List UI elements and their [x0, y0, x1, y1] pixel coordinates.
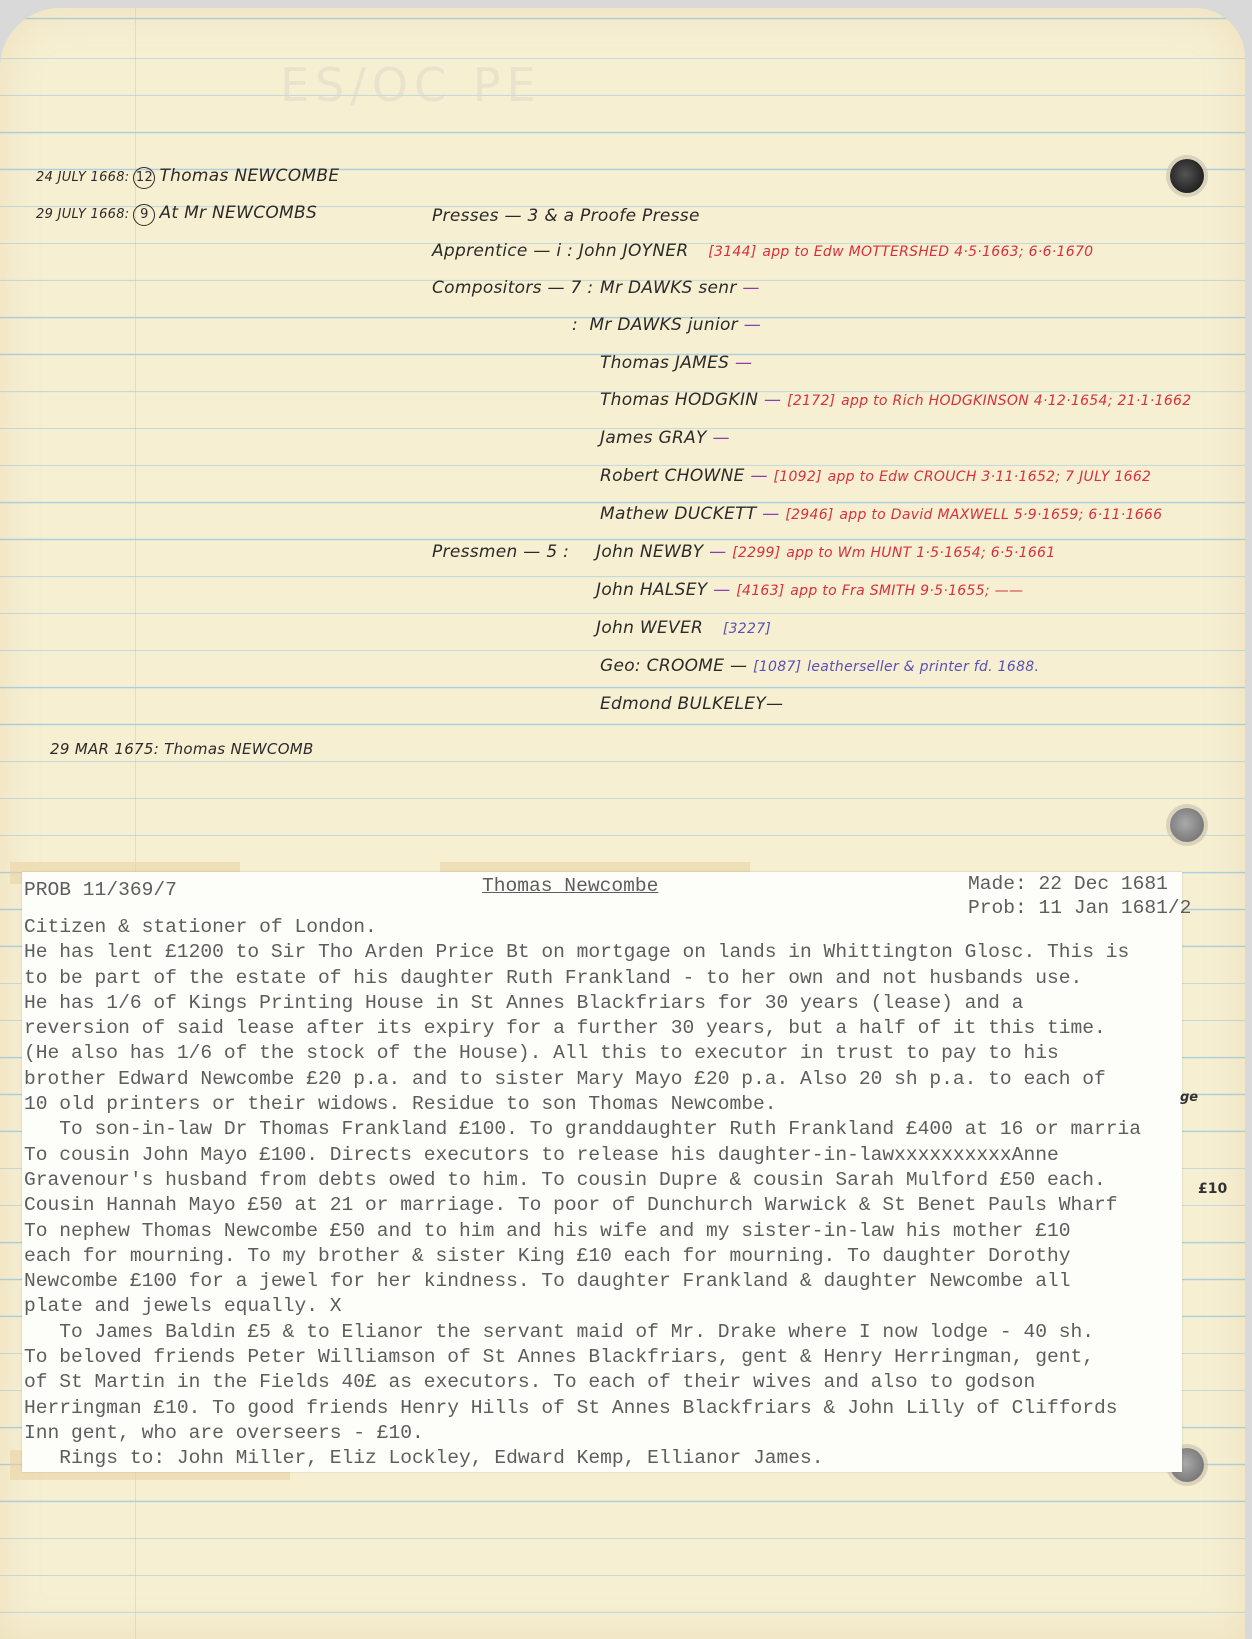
pressman-name: Edmond BULKELEY [600, 694, 766, 714]
binder-hole-middle [1170, 808, 1204, 842]
record-note: leatherseller & printer fd. 1688. [807, 659, 1039, 675]
pressman-name: Geo: CROOME [600, 656, 724, 676]
will-line: Citizen & stationer of London. [24, 915, 1141, 940]
record-ref: [1092] [773, 469, 821, 485]
apprentice-note: app to Edw MOTTERSHED 4·5·1663; 6·6·1670 [762, 244, 1093, 260]
typed-will-abstract: PROB 11/369/7 Thomas Newcombe Made: 22 D… [22, 872, 1182, 1472]
colon: : [572, 315, 578, 335]
apprentice-label: Apprentice — i : [432, 241, 573, 261]
entry-3-date: 29 MAR 1675: [50, 740, 159, 758]
apprentice-ref: [3144] [708, 244, 756, 260]
entry-3-text: Thomas NEWCOMB [164, 740, 313, 758]
presses-line: Presses — 3 & a Proofe Presse [432, 206, 700, 226]
entry-1-date: 24 JULY 1668: [36, 170, 129, 185]
slip-title: Thomas Newcombe [482, 874, 658, 899]
entry-2-date: 29 JULY 1668: [36, 207, 129, 222]
handwritten-amount-note: £10 [1198, 1181, 1227, 1197]
apprentice-line: Apprentice — i : John JOYNER [3144] app … [432, 241, 1093, 261]
will-line: reversion of said lease after its expiry… [24, 1016, 1141, 1041]
prob-reference: PROB 11/369/7 [24, 878, 177, 903]
will-line: Herringman £10. To good friends Henry Hi… [24, 1396, 1141, 1421]
record-ref: [2946] [785, 507, 833, 523]
compositor-row: James GRAY — [600, 428, 730, 448]
pressman-name: John NEWBY [596, 542, 703, 562]
will-line: plate and jewels equally. X [24, 1294, 1141, 1319]
will-line: To James Baldin £5 & to Elianor the serv… [24, 1320, 1141, 1345]
pressman-row: John NEWBY — [2299] app to Wm HUNT 1·5·1… [596, 542, 1055, 562]
pressman-row: John WEVER [3227] [596, 618, 771, 638]
compositor-row: Robert CHOWNE — [1092] app to Edw CROUCH… [600, 466, 1151, 486]
compositor-name: Mathew DUCKETT [600, 504, 757, 524]
will-line: Inn gent, who are overseers - £10. [24, 1421, 1141, 1446]
faint-show-through-header: ES/OC PE [280, 58, 542, 112]
binder-hole-top [1170, 159, 1204, 193]
dash: — [742, 278, 759, 298]
pressman-row: Edmond BULKELEY— [600, 694, 783, 714]
record-ref: [2299] [732, 545, 780, 561]
compositor-row: Mr DAWKS senr — [600, 278, 760, 298]
dash: — [744, 315, 761, 335]
circled-number: 12 [133, 167, 155, 189]
record-ref: [3227] [723, 621, 771, 637]
pressman-name: John WEVER [596, 618, 703, 638]
compositor-name: Mr DAWKS junior [589, 315, 738, 335]
compositor-name: Thomas JAMES [600, 353, 729, 373]
pressman-row: John HALSEY — [4163] app to Fra SMITH 9·… [596, 580, 1023, 600]
will-line: to be part of the estate of his daughter… [24, 966, 1141, 991]
compositor-row: Mathew DUCKETT — [2946] app to David MAX… [600, 504, 1162, 524]
compositors-label: Compositors — 7 : [432, 278, 593, 298]
will-line: brother Edward Newcombe £20 p.a. and to … [24, 1067, 1141, 1092]
dash: — [712, 428, 729, 448]
record-note: app to Edw CROUCH 3·11·1652; 7 JULY 1662 [828, 469, 1152, 485]
record-note: app to Wm HUNT 1·5·1654; 6·5·1661 [786, 545, 1055, 561]
dash: — [730, 656, 747, 676]
will-line: each for mourning. To my brother & siste… [24, 1244, 1141, 1269]
compositor-row: Thomas JAMES — [600, 353, 752, 373]
entry-2-text: At Mr NEWCOMBS [159, 203, 317, 223]
entry-3: 29 MAR 1675: Thomas NEWCOMB [50, 740, 314, 758]
entry-2: 29 JULY 1668:9At Mr NEWCOMBS [36, 203, 317, 226]
compositor-name: Mr DAWKS senr [600, 278, 737, 298]
compositor-name: Thomas HODGKIN [600, 390, 758, 410]
will-line: Gravenour's husband from debts owed to h… [24, 1168, 1141, 1193]
dash: — [709, 542, 726, 562]
record-ref: [2172] [787, 393, 835, 409]
dash: — [735, 353, 752, 373]
will-line: of St Martin in the Fields 40£ as execut… [24, 1370, 1141, 1395]
dash: — [713, 580, 730, 600]
dash: — [762, 504, 779, 524]
dash: — [764, 390, 781, 410]
entry-1-text: Thomas NEWCOMBE [159, 166, 339, 186]
will-body: Citizen & stationer of London. He has le… [24, 915, 1141, 1472]
pressmen-label: Pressmen — 5 : [432, 542, 569, 562]
dash: — [750, 466, 767, 486]
circled-number: 9 [133, 204, 155, 226]
record-ref: [4163] [736, 583, 784, 599]
will-line: To son-in-law Dr Thomas Frankland £100. … [24, 1117, 1141, 1142]
compositor-row: Thomas HODGKIN — [2172] app to Rich HODG… [600, 390, 1191, 410]
pressman-row: Geo: CROOME — [1087] leatherseller & pri… [600, 656, 1039, 676]
will-line: Rings to: John Miller, Eliz Lockley, Edw… [24, 1446, 1141, 1471]
record-ref: [1087] [753, 659, 801, 675]
entry-1: 24 JULY 1668:12Thomas NEWCOMBE [36, 166, 339, 189]
will-line: (He also has 1/6 of the stock of the Hou… [24, 1041, 1141, 1066]
pressman-name: John HALSEY [596, 580, 707, 600]
made-date: Made: 22 Dec 1681 [968, 872, 1168, 897]
compositor-name: James GRAY [600, 428, 707, 448]
record-note: app to David MAXWELL 5·9·1659; 6·11·1666 [839, 507, 1162, 523]
will-line: To beloved friends Peter Williamson of S… [24, 1345, 1141, 1370]
compositor-name: Robert CHOWNE [600, 466, 745, 486]
handwritten-marriage-suffix: ge [1180, 1090, 1198, 1105]
compositor-row: : Mr DAWKS junior — [572, 315, 761, 335]
will-line: 10 old printers or their widows. Residue… [24, 1092, 1141, 1117]
will-line: Cousin Hannah Mayo £50 at 21 or marriage… [24, 1193, 1141, 1218]
apprentice-name: John JOYNER [579, 241, 689, 261]
will-line: He has lent £1200 to Sir Tho Arden Price… [24, 940, 1141, 965]
record-note: app to Rich HODGKINSON 4·12·1654; 21·1·1… [841, 393, 1191, 409]
dash: — [766, 694, 783, 714]
record-note: app to Fra SMITH 9·5·1655; —— [790, 583, 1023, 599]
will-line: Newcombe £100 for a jewel for her kindne… [24, 1269, 1141, 1294]
will-line: To nephew Thomas Newcombe £50 and to him… [24, 1219, 1141, 1244]
will-line: He has 1/6 of Kings Printing House in St… [24, 991, 1141, 1016]
will-line: To cousin John Mayo £100. Directs execut… [24, 1143, 1141, 1168]
